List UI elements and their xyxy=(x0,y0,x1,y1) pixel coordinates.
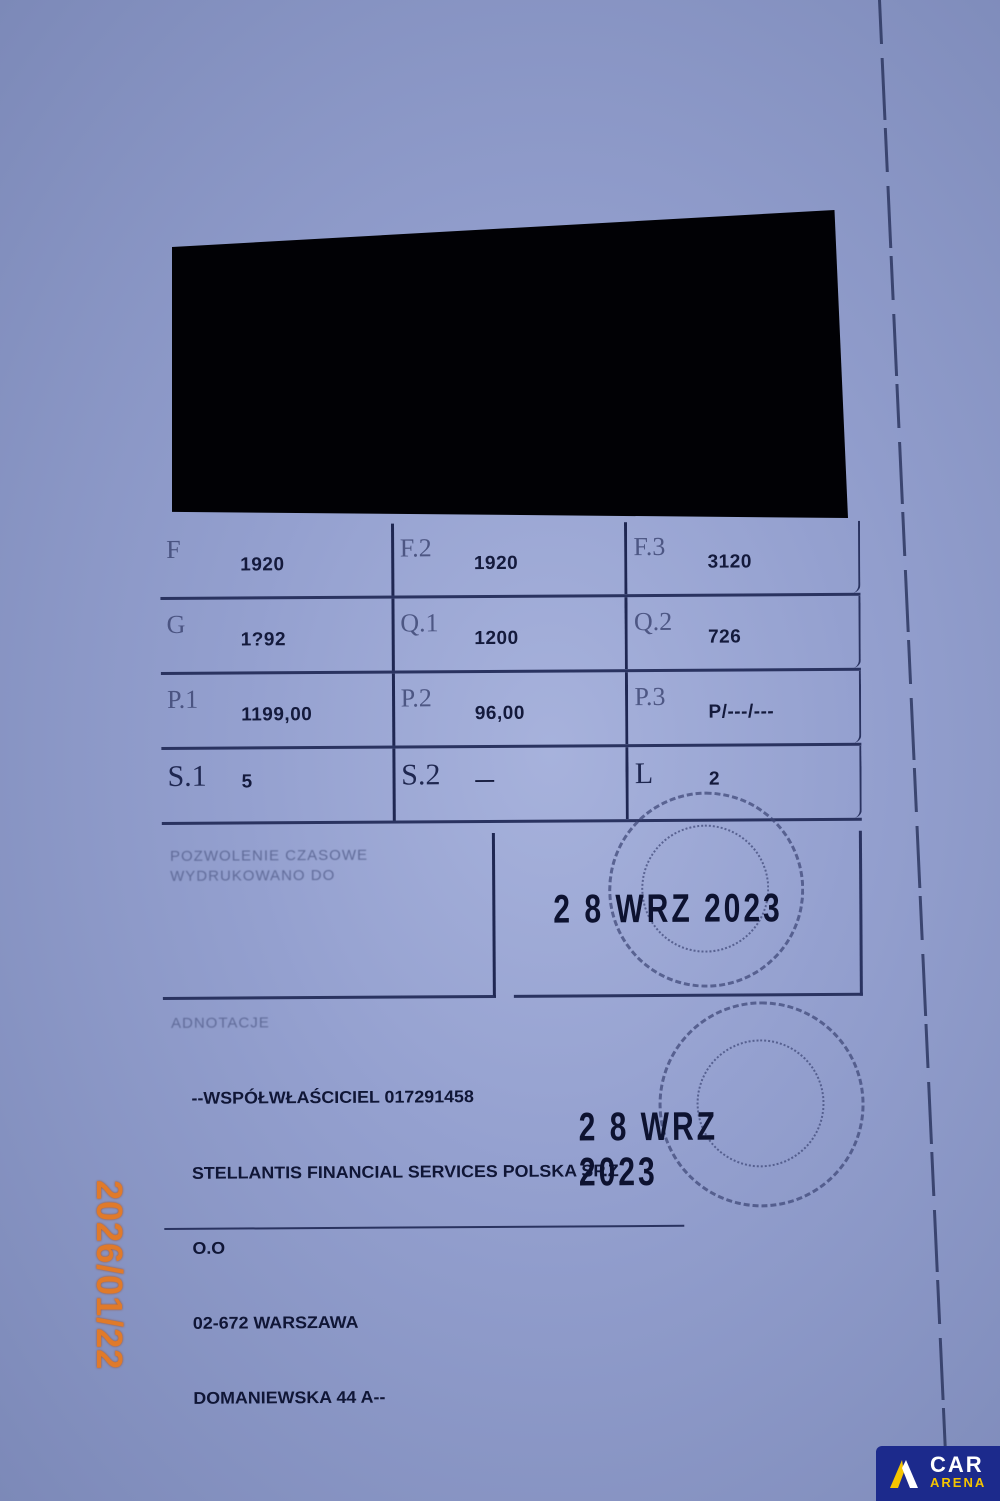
field-label: P.1 xyxy=(167,685,198,715)
field-label: F.2 xyxy=(400,533,432,563)
field-f: F1920 xyxy=(160,524,391,597)
annotations-label: ADNOTACJE xyxy=(171,1013,270,1034)
owner-info: --WSPÓŁWŁAŚCICIEL 017291458 STELLANTIS F… xyxy=(191,1033,620,1461)
owner-line: STELLANTIS FINANCIAL SERVICES POLSKA SP.… xyxy=(192,1158,619,1186)
field-g: G1?92 xyxy=(160,599,391,672)
stamp-date: 2 8 WRZ 2023 xyxy=(553,886,783,932)
field-value: 1920 xyxy=(474,553,518,575)
field-f2: F.21920 xyxy=(391,522,625,595)
field-value: 1920 xyxy=(240,554,284,576)
owner-line: O.O xyxy=(192,1233,619,1261)
field-label: L xyxy=(635,757,654,791)
car-arena-mark-icon xyxy=(886,1458,922,1490)
field-value: 1200 xyxy=(474,628,518,650)
redacted-block xyxy=(172,210,848,518)
label-line: WYDRUKOWANO DO xyxy=(170,866,368,887)
field-label: Q.1 xyxy=(400,608,438,638)
photo-timestamp: 2026/01/22 xyxy=(88,1180,130,1370)
owner-line: 02-672 WARSZAWA xyxy=(193,1308,620,1336)
field-q1: Q.11200 xyxy=(391,597,625,670)
owner-line: DOMANIEWSKA 44 A-- xyxy=(193,1383,620,1411)
field-value: 1?92 xyxy=(241,629,286,651)
owner-line: --WSPÓŁWŁAŚCICIEL 017291458 xyxy=(191,1083,618,1111)
temporary-permit-label: POZWOLENIE CZASOWE WYDRUKOWANO DO xyxy=(170,846,368,887)
table-row-p: P.11199,00 P.296,00 P.3P/---/--- xyxy=(161,671,861,750)
table-row-g: G1?92 Q.11200 Q.2726 xyxy=(160,596,860,675)
field-label: Q.2 xyxy=(634,607,672,637)
label-line: POZWOLENIE CZASOWE xyxy=(170,846,368,867)
field-value: 2 xyxy=(709,769,720,791)
field-p1: P.11199,00 xyxy=(161,674,392,747)
field-value: 5 xyxy=(242,771,253,793)
field-f3: F.33120 xyxy=(624,521,860,594)
stamp-date-bottom: 2 8 WRZ 2023 xyxy=(579,1104,793,1195)
field-label: G xyxy=(167,610,186,640)
field-label: F xyxy=(166,535,181,565)
registration-document: F1920 F.21920 F.33120 G1?92 Q.11200 Q.27… xyxy=(160,521,864,1230)
field-label: P.2 xyxy=(401,683,432,713)
field-label: S.2 xyxy=(401,758,440,792)
field-q2: Q.2726 xyxy=(625,596,861,669)
car-arena-logo: CAR ARENA xyxy=(876,1446,1000,1501)
stamp-box: 2 8 WRZ 2023 xyxy=(513,831,863,998)
logo-text-car: CAR xyxy=(930,1456,986,1474)
field-p2: P.296,00 xyxy=(392,672,626,745)
temporary-permit-section: POZWOLENIE CZASOWE WYDRUKOWANO DO 2 8 WR… xyxy=(162,831,863,1000)
field-value: 726 xyxy=(708,626,741,648)
field-value: 96,00 xyxy=(475,703,525,725)
field-label: P.3 xyxy=(634,682,665,712)
table-row-f: F1920 F.21920 F.33120 xyxy=(160,521,860,600)
field-s1: S.15 xyxy=(161,749,392,822)
temporary-permit-box: POZWOLENIE CZASOWE WYDRUKOWANO DO xyxy=(162,833,496,1000)
page-edge-perforation xyxy=(878,0,949,1501)
field-s2: S.2— xyxy=(392,747,626,820)
field-value: P/---/--- xyxy=(708,701,774,723)
logo-text-arena: ARENA xyxy=(930,1474,986,1492)
field-p3: P.3P/---/--- xyxy=(625,671,861,744)
field-value: — xyxy=(475,770,495,792)
field-label: F.3 xyxy=(633,532,665,562)
field-value: 1199,00 xyxy=(241,704,312,726)
field-label: S.1 xyxy=(167,760,206,794)
field-value: 3120 xyxy=(708,551,752,573)
